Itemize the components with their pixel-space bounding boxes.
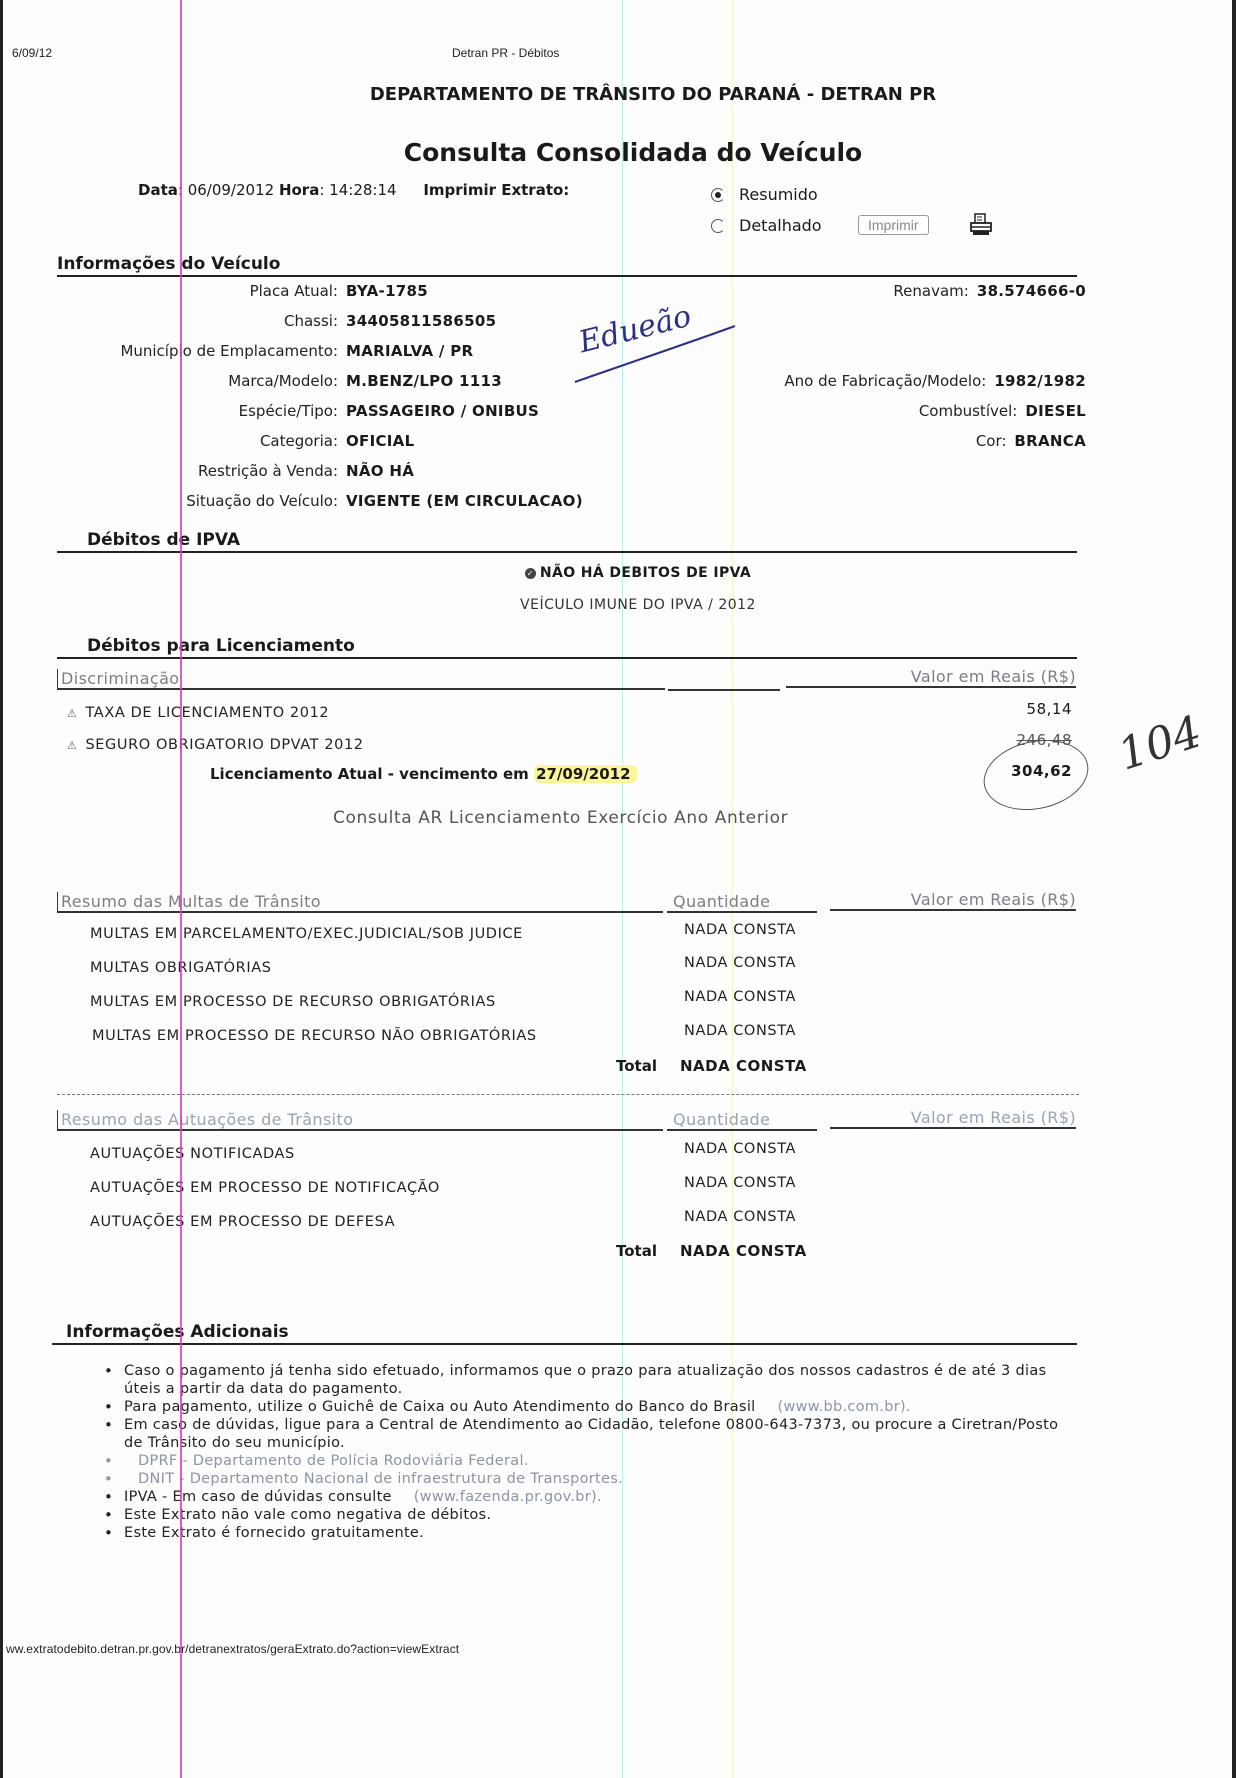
table-row: AUTUAÇÕES EM PROCESSO DE NOTIFICAÇÃO xyxy=(90,1180,440,1196)
hora-label: Hora xyxy=(279,181,319,199)
field-categoria: Categoria:OFICIAL xyxy=(48,432,414,450)
query-meta: Data: 06/09/2012 Hora: 14:28:14 Imprimir… xyxy=(138,181,569,199)
section-title: Informações Adicionais xyxy=(66,1322,289,1342)
licenciamento-total-label: Licenciamento Atual - vencimento em 27/0… xyxy=(210,765,637,783)
data-label: Data xyxy=(138,181,178,199)
col-header-divider xyxy=(668,689,780,691)
table-row: AUTUAÇÕES EM PROCESSO DE DEFESA xyxy=(90,1214,395,1230)
section-licenciamento: Débitos para Licenciamento xyxy=(57,636,1077,659)
multas-total-label: Total xyxy=(616,1057,657,1075)
ipva-note: VEÍCULO IMUNE DO IPVA / 2012 xyxy=(0,597,1236,613)
info-item: IPVA - Em caso de dúvidas consulte(www.f… xyxy=(100,1488,1080,1506)
section-title: Débitos para Licenciamento xyxy=(87,636,355,656)
table-row: MULTAS EM PROCESSO DE RECURSO OBRIGATÓRI… xyxy=(90,994,496,1010)
radio-detalhado-label: Detalhado xyxy=(739,216,822,235)
row-quantity: NADA CONSTA xyxy=(684,922,796,938)
radio-selected-icon[interactable] xyxy=(711,188,725,202)
hora-value: 14:28:14 xyxy=(329,181,396,199)
scan-border-right xyxy=(1232,0,1236,1778)
autuacoes-total-value: NADA CONSTA xyxy=(680,1242,807,1260)
col-header-autuacoes: Resumo das Autuações de Trânsito xyxy=(57,1110,663,1131)
row-quantity: NADA CONSTA xyxy=(684,1209,796,1225)
page-title: Consulta Consolidada do Veículo xyxy=(0,138,1236,167)
field-placa: Placa Atual:BYA-1785 xyxy=(48,282,428,300)
info-item: Caso o pagamento já tenha sido efetuado,… xyxy=(100,1362,1080,1398)
field-municipio: Município de Emplacamento:MARIALVA / PR xyxy=(48,342,473,360)
field-marca-modelo: Marca/Modelo:M.BENZ/LPO 1113 xyxy=(48,372,502,390)
field-restricao: Restrição à Venda:NÃO HÁ xyxy=(48,462,414,480)
info-item: Este Extrato é fornecido gratuitamente. xyxy=(100,1524,1080,1542)
radio-resumido-label: Resumido xyxy=(739,185,818,204)
row-quantity: NADA CONSTA xyxy=(684,1141,796,1157)
autuacoes-total-label: Total xyxy=(616,1242,657,1260)
due-date: 27/09/2012 xyxy=(534,765,636,783)
field-combustivel: Combustível:DIESEL xyxy=(919,402,1086,420)
print-date: 6/09/12 xyxy=(12,46,52,60)
field-especie-tipo: Espécie/Tipo:PASSAGEIRO / ONIBUS xyxy=(48,402,539,420)
printer-icon[interactable] xyxy=(970,213,992,237)
handwritten-note: 104 xyxy=(1112,706,1208,780)
table-row: MULTAS EM PROCESSO DE RECURSO NÃO OBRIGA… xyxy=(92,1028,537,1044)
info-item: Em caso de dúvidas, ligue para a Central… xyxy=(100,1416,1080,1452)
scan-border-left xyxy=(0,0,3,1778)
section-title: Débitos de IPVA xyxy=(87,530,240,550)
footer-url: ww.extratodebito.detran.pr.gov.br/detran… xyxy=(6,1642,459,1656)
col-header-multas: Resumo das Multas de Trânsito xyxy=(57,892,663,913)
warning-icon: ⚠ xyxy=(67,739,77,752)
col-header-quantidade: Quantidade xyxy=(667,892,817,913)
col-header-valor: Valor em Reais (R$) xyxy=(786,667,1076,688)
print-page-title: Detran PR - Débitos xyxy=(452,46,559,60)
table-row: AUTUAÇÕES NOTIFICADAS xyxy=(90,1146,295,1162)
section-additional-info: Informações Adicionais xyxy=(52,1322,1077,1345)
fazenda-link[interactable]: (www.fazenda.pr.gov.br). xyxy=(414,1489,602,1505)
field-ano: Ano de Fabricação/Modelo:1982/1982 xyxy=(784,372,1086,390)
section-divider xyxy=(57,1094,1079,1095)
warning-icon: ⚠ xyxy=(67,707,77,720)
signature-stroke xyxy=(570,318,740,388)
radio-resumido[interactable]: Resumido xyxy=(711,185,818,204)
scan-artifact-line xyxy=(180,0,182,1778)
field-cor: Cor:BRANCA xyxy=(976,432,1086,450)
radio-detalhado[interactable]: Detalhado xyxy=(711,216,822,235)
imprimir-button[interactable]: Imprimir xyxy=(858,215,929,235)
section-ipva: Débitos de IPVA xyxy=(57,530,1077,553)
info-item-dnit-link[interactable]: DNIT - Departamento Nacional de infraest… xyxy=(100,1470,1080,1488)
data-value: 06/09/2012 xyxy=(188,181,274,199)
col-header-quantidade: Quantidade xyxy=(667,1110,817,1131)
field-chassi: Chassi:34405811586505 xyxy=(48,312,496,330)
table-row: MULTAS EM PARCELAMENTO/EXEC.JUDICIAL/SOB… xyxy=(90,926,523,942)
additional-info-list: Caso o pagamento já tenha sido efetuado,… xyxy=(100,1362,1080,1542)
row-quantity: NADA CONSTA xyxy=(684,1175,796,1191)
check-circle-icon: ✓ xyxy=(525,568,536,579)
info-item-dprf-link[interactable]: DPRF - Departamento de Polícia Rodoviári… xyxy=(100,1452,1080,1470)
multas-total-value: NADA CONSTA xyxy=(680,1057,807,1075)
imprimir-extrato-label: Imprimir Extrato: xyxy=(423,181,569,199)
info-item: Para pagamento, utilize o Guichê de Caix… xyxy=(100,1398,1080,1416)
bb-link[interactable]: (www.bb.com.br). xyxy=(778,1399,911,1415)
field-renavam: Renavam:38.574666-0 xyxy=(893,282,1086,300)
ipva-status: ✓NÃO HÁ DEBITOS DE IPVA xyxy=(0,565,1236,581)
section-vehicle-info: Informações do Veículo xyxy=(57,254,1077,277)
ar-licenciamento-link[interactable]: Consulta AR Licenciamento Exercício Ano … xyxy=(333,808,788,828)
table-row: ⚠TAXA DE LICENCIAMENTO 2012 xyxy=(67,705,329,721)
info-item: Este Extrato não vale como negativa de d… xyxy=(100,1506,1080,1524)
section-title: Informações do Veículo xyxy=(57,254,280,274)
row-quantity: NADA CONSTA xyxy=(684,1023,796,1039)
row-quantity: NADA CONSTA xyxy=(684,989,796,1005)
field-situacao: Situação do Veículo:VIGENTE (EM CIRCULAC… xyxy=(48,492,583,510)
radio-unselected-icon[interactable] xyxy=(711,219,725,233)
department-title: DEPARTAMENTO DE TRÂNSITO DO PARANÁ - DET… xyxy=(0,84,1236,105)
col-header-discriminacao: Discriminação xyxy=(57,669,665,690)
col-header-valor: Valor em Reais (R$) xyxy=(830,1108,1076,1129)
col-header-valor: Valor em Reais (R$) xyxy=(830,890,1076,911)
row-quantity: NADA CONSTA xyxy=(684,955,796,971)
row-value: 58,14 xyxy=(960,700,1072,718)
table-row: ⚠SEGURO OBRIGATORIO DPVAT 2012 xyxy=(67,737,364,753)
